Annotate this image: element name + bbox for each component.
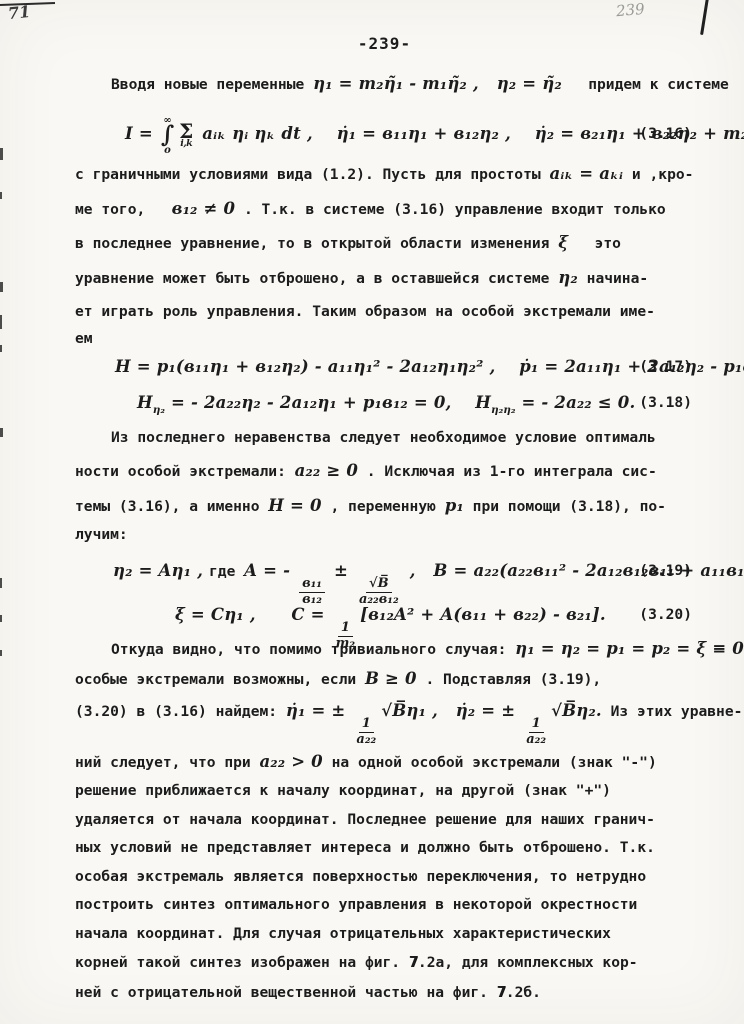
text-run: ней с отрицательной вещественной частью … [75, 984, 497, 1001]
math-run: в₁₂ ≠ 0 [172, 199, 236, 218]
text-line: особые экстремали возможны, если B ≥ 0 .… [75, 665, 694, 695]
text-run: (3.20) в (3.16) найдем: [75, 703, 286, 720]
math-run: = - 2a₂₂ ≤ 0. [516, 393, 636, 412]
equation-number: (3.20) [639, 595, 692, 635]
text-run: Откуда видно, что помимо тривиального сл… [111, 641, 515, 658]
equation-line: Hη₂ = - 2a₂₂η₂ - 2a₁₂η₁ + p₁в₁₂ = 0, Hη₂… [75, 385, 694, 421]
text-line: с граничными условиями вида (1.2). Пусть… [75, 157, 694, 192]
text-line: ней с отрицательной вещественной частью … [75, 978, 694, 1008]
math-run: η̇₁ = ± [286, 701, 352, 720]
text-line: темы (3.16), а именно H = 0 , переменную… [75, 489, 694, 524]
text-line: начала координат. Для случая отрицательн… [75, 920, 694, 949]
text-run: особая экстремаль является поверхностью … [75, 868, 646, 885]
text-run: ет играть роль управления. Таким образом… [75, 303, 655, 320]
page-number: -239- [75, 16, 694, 56]
text-run: лучим: [75, 526, 128, 543]
math-run: √B̅η₂. [551, 701, 602, 720]
math-run: η₁ = m₂η̃₁ - m₁η̃₂ , η₂ = η̃₂ [313, 74, 562, 93]
summation-symbol: Σi,k [179, 122, 193, 149]
text-line: корней такой синтез изображен на фиг. 7.… [75, 948, 694, 978]
equation-number: (3.17) [639, 349, 692, 385]
math-run: ξ [558, 233, 568, 252]
text-run: ных условий не представляет интереса и д… [75, 839, 655, 856]
text-line: построить синтез оптимального управления… [75, 891, 694, 920]
page-body: -239- Вводя новые переменные η₁ = m₂η̃₁ … [0, 0, 744, 1007]
fraction-numerator: 1 [338, 621, 353, 637]
text-run: построить синтез оптимального управления… [75, 896, 637, 913]
equation-line: H = p₁(в₁₁η₁ + в₁₂η₂) - a₁₁η₁² - 2a₁₂η₁η… [75, 349, 694, 385]
math-run: η₂ [558, 268, 578, 287]
math-run: , B = a₂₂(a₂₂в₁₁² - 2a₁₂в₁₂в₁₁ + a₁₁в₁₂²… [404, 561, 744, 580]
text-line: особая экстремаль является поверхностью … [75, 863, 694, 892]
math-run: I = [125, 124, 159, 143]
text-line: ний следует, что при a₂₂ > 0 на одной ос… [75, 748, 694, 778]
scan-artifact [0, 315, 2, 329]
text-run: в последнее уравнение, то в открытой обл… [75, 235, 558, 252]
scan-artifact [0, 148, 3, 160]
text-run: ности особой экстремали: [75, 463, 295, 480]
math-run: p₁ [445, 496, 464, 515]
integral-sign: ∫ [161, 125, 174, 146]
math-run: η₂ = Aη₁ , [113, 561, 209, 580]
integral-lower-limit: o [164, 146, 171, 155]
text-run: это [568, 235, 621, 252]
text-run: уравнение может быть отброшено, а в оста… [75, 270, 558, 287]
text-line: Из последнего неравенства следует необхо… [75, 421, 694, 455]
fraction-numerator: 1 [359, 717, 374, 733]
fraction: 1m₂ [334, 621, 357, 652]
text-line: ем [75, 329, 694, 349]
text-run: на одной особой экстремали (знак "-") [323, 754, 657, 771]
math-run: ± [328, 561, 354, 580]
handwritten-mark-left: 71 [7, 2, 31, 23]
text-line: Вводя новые переменные η₁ = m₂η̃₁ - m₁η̃… [75, 68, 694, 101]
text-run: .2б. [506, 984, 541, 1001]
corrected-figure-digit: 7 [497, 983, 506, 1001]
fraction-numerator: 1 [529, 717, 544, 733]
corrected-figure-digit: 7 [409, 953, 418, 971]
scan-artifact [0, 345, 2, 352]
document-page: 71 239 -239- Вводя новые переменные η₁ =… [0, 0, 744, 1024]
text-run: решение приближается к началу координат,… [75, 782, 611, 799]
fraction-denominator: a₂₂ [524, 733, 548, 748]
text-run: . Т.к. в системе (3.16) управление входи… [235, 201, 666, 218]
text-run: корней такой синтез изображен на фиг. [75, 954, 409, 971]
math-run: H = 0 [268, 496, 321, 515]
text-run: . Исключая из 1-го интеграла сис- [358, 463, 657, 480]
text-run: особые экстремали возможны, если [75, 671, 365, 688]
scan-artifact [0, 192, 2, 199]
equation-number: (3.18) [639, 385, 692, 421]
text-run: и ,кро- [623, 166, 693, 183]
math-run: aᵢₖ = aₖᵢ [549, 164, 623, 183]
text-line: Откуда видно, что помимо тривиального сл… [75, 635, 694, 665]
text-run: при помощи (3.18), по- [464, 498, 666, 515]
text-run: начина- [578, 270, 648, 287]
text-line: в последнее уравнение, то в открытой обл… [75, 226, 694, 261]
scan-artifact [0, 428, 3, 437]
math-subscript: η₂η₂ [491, 404, 515, 416]
math-run: [в₁₂A² + A(в₁₁ + в₂₂) - в₂₁]. [360, 605, 606, 624]
text-run: . Подставляя (3.19), [417, 671, 602, 688]
text-line: ме того, в₁₂ ≠ 0 . Т.к. в системе (3.16)… [75, 192, 694, 227]
text-line: удаляется от начала координат. Последнее… [75, 806, 694, 835]
math-run: B ≥ 0 [365, 669, 417, 688]
text-run: ний следует, что при [75, 754, 260, 771]
fraction-numerator: √B̅ [366, 577, 392, 593]
text-line: уравнение может быть отброшено, а в оста… [75, 261, 694, 296]
fraction-denominator: a₂₂ [354, 733, 378, 748]
text-run: , переменную [322, 498, 445, 515]
text-run: Из последнего неравенства следует необхо… [111, 429, 656, 446]
fraction: 1a₂₂ [524, 717, 548, 748]
scan-artifact [0, 615, 2, 622]
text-line: лучим: [75, 523, 694, 547]
scan-artifact [0, 578, 2, 588]
handwritten-mark-right: 239 [615, 0, 645, 20]
text-run: удаляется от начала координат. Последнее… [75, 811, 655, 828]
summation-indices: i,k [180, 140, 192, 149]
equation-number: (3.16) [639, 111, 692, 157]
math-run: √B̅η₁ , η̇₂ = ± [381, 701, 521, 720]
fraction-numerator: в₁₁ [299, 577, 325, 593]
equation-line: ξ = Cη₁ , C = 1m₂[в₁₂A² + A(в₁₁ + в₂₂) -… [75, 595, 694, 635]
math-run: ξ = Cη₁ , C = [175, 605, 331, 624]
math-run: a₂₂ ≥ 0 [295, 461, 358, 480]
equation-number: (3.19) [639, 547, 692, 595]
math-subscript: η₂ [153, 404, 165, 416]
text-run: начала координат. Для случая отрицательн… [75, 925, 611, 942]
scan-artifact [0, 282, 3, 292]
text-run: где [209, 563, 244, 580]
text-run: ме того, [75, 201, 172, 218]
text-line: ности особой экстремали: a₂₂ ≥ 0 . Исклю… [75, 454, 694, 489]
math-run: η₁ = η₂ = p₁ = p₂ = ξ ≡ 0 [515, 639, 744, 658]
text-run: придем к системе [562, 76, 729, 93]
text-line: ет играть роль управления. Таким образом… [75, 295, 694, 329]
fraction: 1a₂₂ [354, 717, 378, 748]
text-run: с граничными условиями вида (1.2). Пусть… [75, 166, 549, 183]
integral-symbol: ∞∫o [161, 116, 174, 155]
math-run: H [137, 393, 153, 412]
text-run: .2а, для комплексных кор- [418, 954, 638, 971]
scan-artifact [0, 650, 2, 656]
text-line: (3.20) в (3.16) найдем: η̇₁ = ± 1a₂₂√B̅η… [75, 694, 694, 748]
text-run: ем [75, 330, 93, 347]
text-run: Из этих уравне- [602, 703, 743, 720]
math-run: = - 2a₂₂η₂ - 2a₁₂η₁ + p₁в₁₂ = 0, H [165, 393, 491, 412]
text-line: решение приближается к началу координат,… [75, 777, 694, 806]
fraction-denominator: m₂ [334, 637, 357, 652]
text-run: Вводя новые переменные [111, 76, 313, 93]
math-run: a₂₂ > 0 [260, 752, 323, 771]
equation-line: η₂ = Aη₁ , где A = - в₁₁в₁₂ ± √B̅a₂₂в₁₂ … [75, 547, 694, 595]
text-run: темы (3.16), а именно [75, 498, 268, 515]
math-run: A = - [244, 561, 296, 580]
equation-line: I = ∞∫oΣi,k aᵢₖ ηᵢ ηₖ dt , η̇₁ = в₁₁η₁ +… [75, 111, 694, 157]
text-line: ных условий не представляет интереса и д… [75, 834, 694, 863]
